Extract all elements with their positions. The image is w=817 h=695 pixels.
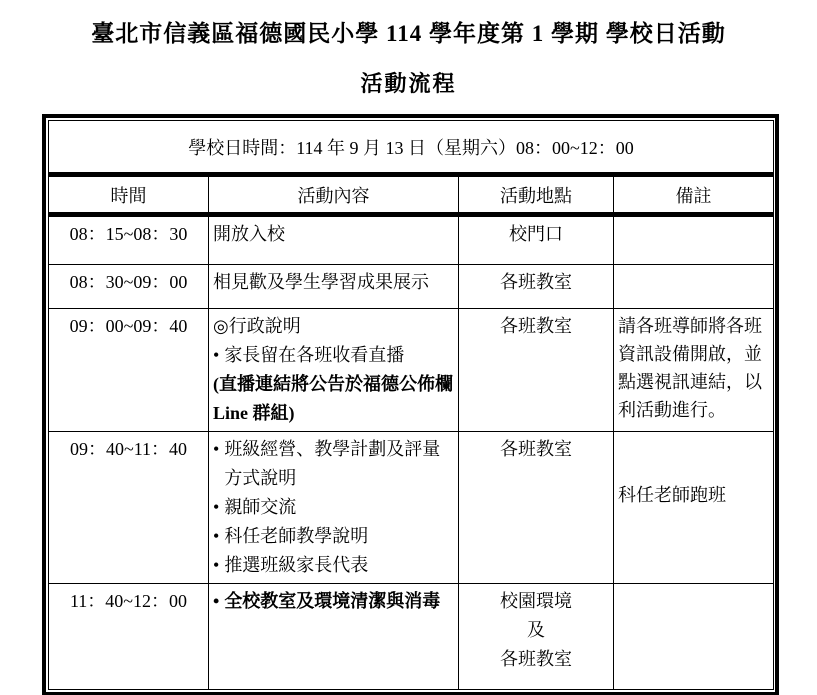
content-cell: 相見歡及學生學習成果展示 [209,265,459,309]
table-row: 09：40~11：40 • 班級經營、教學計劃及評量方式說明 • 親師交流 • … [49,432,774,584]
page-subtitle: 活動流程 [0,70,817,98]
column-header-remark: 備註 [614,175,774,215]
content-text: ◎行政說明 [213,312,454,341]
time-cell: 08：15~08：30 [49,215,209,265]
bullet-icon: • [213,341,219,370]
table-row: 08：30~09：00 相見歡及學生學習成果展示 各班教室 [49,265,774,309]
remark-cell: 科任老師跑班 [614,432,774,584]
content-cell: ◎行政說明 • 家長留在各班收看直播 (直播連結將公告於福德公佈欄 Line 群… [209,309,459,432]
content-text: 親師交流 [224,493,454,522]
table-row: 08：15~08：30 開放入校 校門口 [49,215,774,265]
content-line: 開放入校 [213,220,454,249]
remark-line: 科任老師跑班 [618,481,769,510]
content-line: • 推選班級家長代表 [213,551,454,580]
time-cell: 09：00~09：40 [49,309,209,432]
content-text: 科任老師教學說明 [224,522,454,551]
column-header-time: 時間 [49,175,209,215]
content-text: 相見歡及學生學習成果展示 [213,268,454,297]
bullet-icon: • [213,435,219,493]
content-line: • 家長留在各班收看直播 [213,341,454,370]
content-line: (直播連結將公告於福德公佈欄 Line 群組) [213,370,454,428]
column-header-row: 時間 活動內容 活動地點 備註 [49,175,774,215]
time-cell: 08：30~09：00 [49,265,209,309]
content-text: 班級經營、教學計劃及評量方式說明 [224,435,454,493]
content-line: • 班級經營、教學計劃及評量方式說明 [213,435,454,493]
remark-cell [614,584,774,690]
remark-text: 科任老師跑班 [618,481,769,510]
column-header-content: 活動內容 [209,175,459,215]
time-cell: 11：40~12：00 [49,584,209,690]
table-row: 09：00~09：40 ◎行政說明 • 家長留在各班收看直播 (直播連結將公告於… [49,309,774,432]
content-text: (直播連結將公告於福德公佈欄 Line 群組) [213,370,454,428]
content-text: 開放入校 [213,220,454,249]
time-cell: 09：40~11：40 [49,432,209,584]
bullet-icon: • [213,493,219,522]
content-line: • 科任老師教學說明 [213,522,454,551]
content-text: 推選班級家長代表 [224,551,454,580]
content-text: 家長留在各班收看直播 [224,341,454,370]
location-cell: 校門口 [459,215,614,265]
schedule-table-frame: 學校日時間：114 年 9 月 13 日（星期六）08：00~12：00 時間 … [42,114,779,695]
remark-cell [614,215,774,265]
page-title: 臺北市信義區福德國民小學 114 學年度第 1 學期 學校日活動 [0,18,817,50]
content-cell: 開放入校 [209,215,459,265]
remark-cell: 請各班導師將各班資訊設備開啟，並點選視訊連結，以利活動進行。 [614,309,774,432]
location-cell: 各班教室 [459,309,614,432]
content-line: • 全校教室及環境清潔與消毒 [213,587,454,616]
content-line: ◎行政說明 [213,312,454,341]
location-cell: 各班教室 [459,432,614,584]
content-line: • 親師交流 [213,493,454,522]
content-cell: • 全校教室及環境清潔與消毒 [209,584,459,690]
bullet-icon: • [213,587,219,616]
content-line: 相見歡及學生學習成果展示 [213,268,454,297]
bullet-icon: • [213,551,219,580]
column-header-location: 活動地點 [459,175,614,215]
schedule-table: 學校日時間：114 年 9 月 13 日（星期六）08：00~12：00 時間 … [48,120,774,690]
remark-cell [614,265,774,309]
location-cell: 各班教室 [459,265,614,309]
content-text: 全校教室及環境清潔與消毒 [224,587,454,616]
content-cell: • 班級經營、教學計劃及評量方式說明 • 親師交流 • 科任老師教學說明 • 推… [209,432,459,584]
school-day-time-banner: 學校日時間：114 年 9 月 13 日（星期六）08：00~12：00 [49,121,774,175]
location-cell: 校園環境 及 各班教室 [459,584,614,690]
table-row: 11：40~12：00 • 全校教室及環境清潔與消毒 校園環境 及 各班教室 [49,584,774,690]
banner-row: 學校日時間：114 年 9 月 13 日（星期六）08：00~12：00 [49,121,774,175]
bullet-icon: • [213,522,219,551]
